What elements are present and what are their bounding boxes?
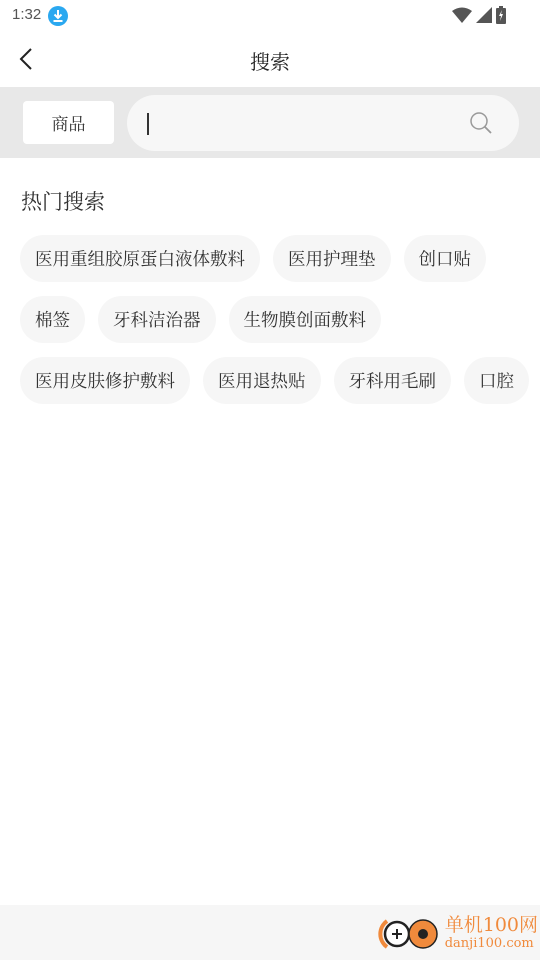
wifi-icon (452, 7, 472, 23)
hot-search-tag[interactable]: 医用重组胶原蛋白液体敷料 (20, 235, 260, 282)
hot-search-tag[interactable]: 生物膜创面敷料 (229, 296, 382, 343)
hot-search-tag[interactable]: 医用退热贴 (203, 357, 321, 404)
signal-icon (476, 7, 492, 23)
hot-search-tag[interactable]: 创口贴 (404, 235, 487, 282)
hot-search-tag[interactable]: 口腔 (464, 357, 529, 404)
hot-search-tag[interactable]: 医用护理垫 (273, 235, 391, 282)
title-bar: 搜索 (0, 32, 540, 87)
watermark-domain: danji100.com (445, 937, 538, 950)
hot-search-tag[interactable]: 棉签 (20, 296, 85, 343)
category-selector-button[interactable]: 商品 (23, 101, 114, 144)
bottom-bar: 单机100网 danji100.com (0, 905, 540, 960)
status-bar: 1:32 (0, 0, 540, 32)
watermark-name: 单机100网 (445, 916, 538, 935)
watermark: 单机100网 danji100.com (377, 913, 538, 953)
hot-search-tag[interactable]: 牙科洁治器 (98, 296, 216, 343)
search-box[interactable] (127, 95, 519, 151)
page-title: 搜索 (0, 46, 540, 75)
watermark-logo-icon (377, 913, 441, 953)
hot-search-tag[interactable]: 牙科用毛刷 (334, 357, 452, 404)
search-input[interactable] (147, 103, 457, 143)
search-strip: 商品 (0, 87, 540, 158)
hot-search-title: 热门搜索 (21, 186, 105, 216)
search-icon[interactable] (469, 111, 493, 135)
status-time: 1:32 (12, 6, 41, 23)
hot-search-tag[interactable]: 医用皮肤修护敷料 (20, 357, 190, 404)
battery-charging-icon (496, 6, 506, 24)
text-caret (147, 113, 149, 135)
download-icon (48, 6, 68, 26)
hot-search-tags: 医用重组胶原蛋白液体敷料 医用护理垫 创口贴 棉签 牙科洁治器 生物膜创面敷料 … (20, 235, 530, 404)
